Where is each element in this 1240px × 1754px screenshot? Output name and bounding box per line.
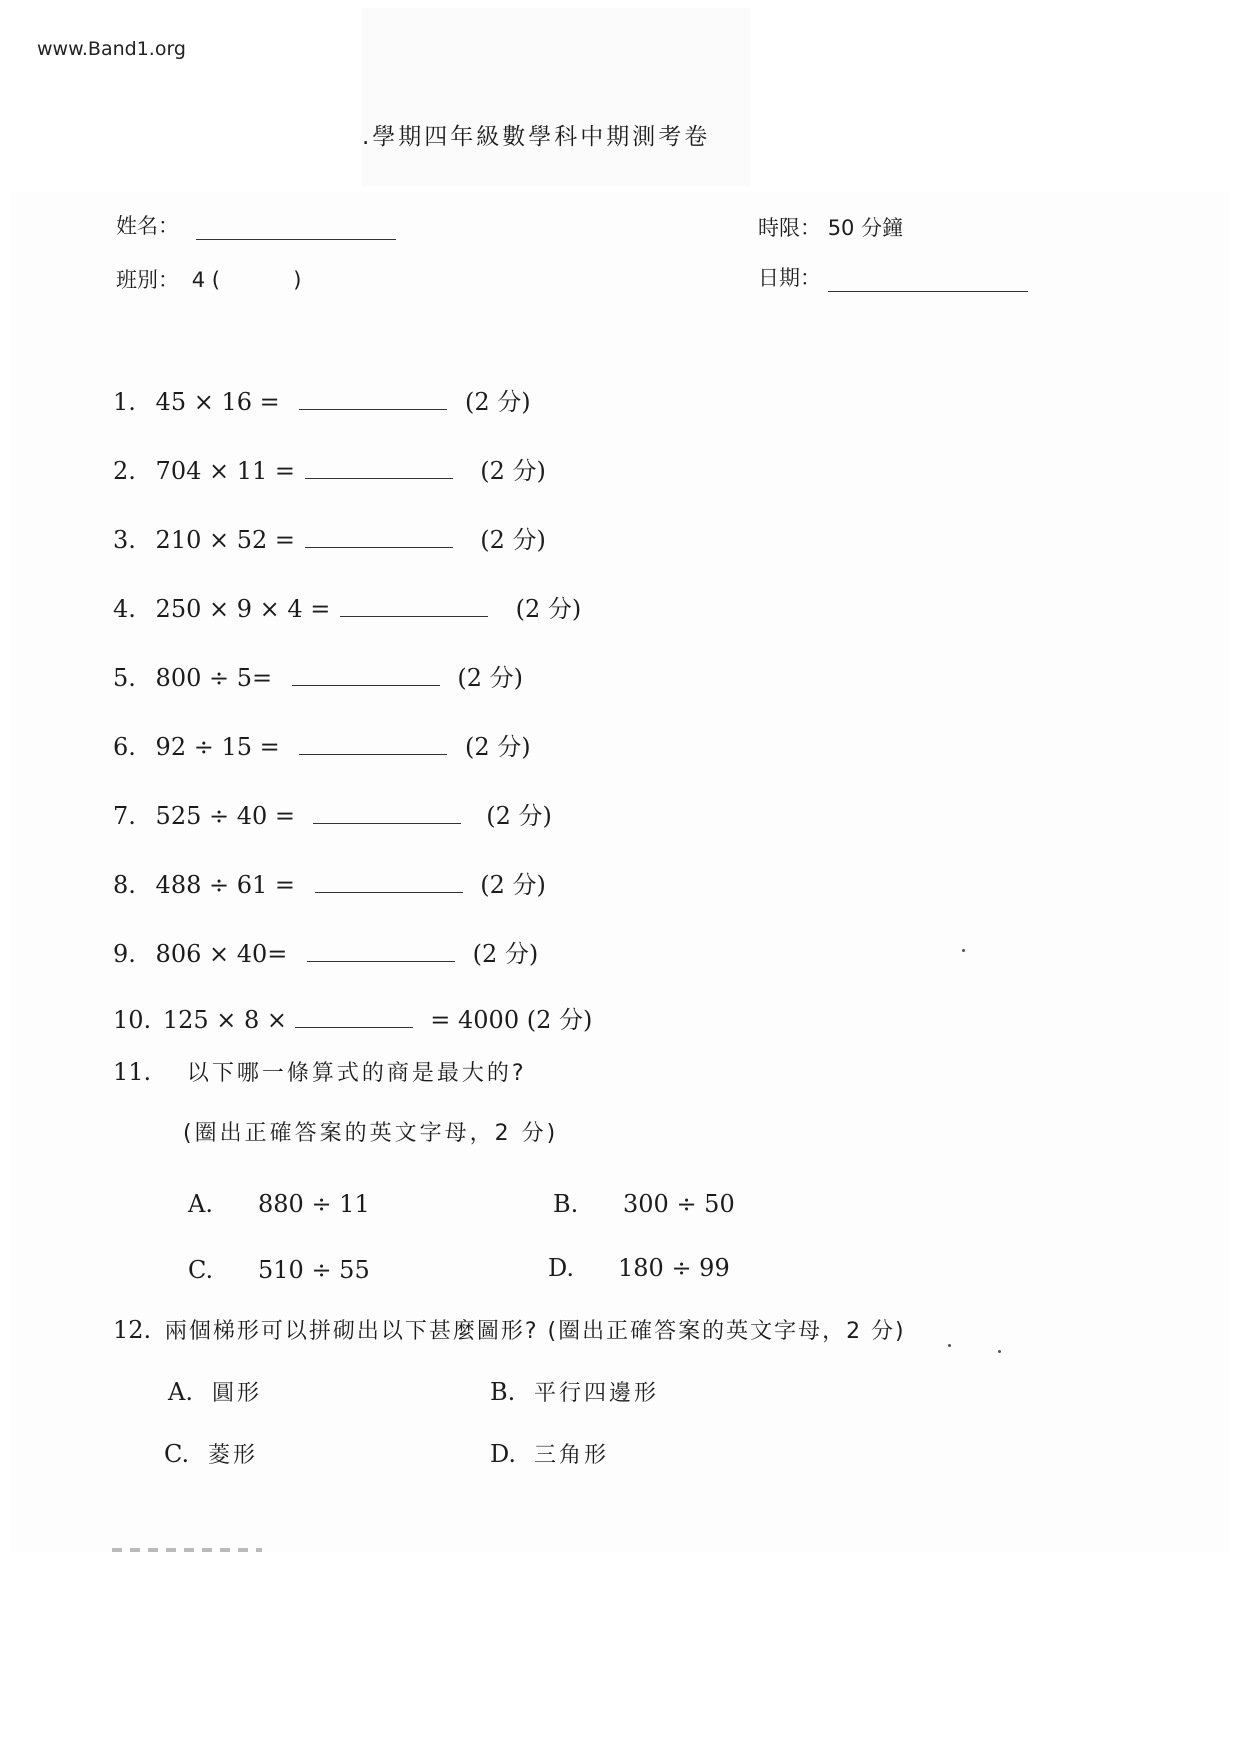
answer-blank[interactable] [292,665,440,686]
class-close-paren: ) [293,268,301,292]
answer-blank[interactable] [305,527,453,548]
date-label: 日期： [758,266,821,290]
name-label: 姓名： [116,214,179,238]
date-field: 日期： [758,262,1028,292]
time-limit-label: 時限： [758,216,821,240]
class-field: 班別： 4 ( ) [116,264,302,294]
answer-blank[interactable] [307,941,455,962]
date-blank[interactable] [828,267,1028,292]
answer-blank[interactable] [295,1007,413,1028]
site-watermark: www.Band1.org [37,38,186,60]
q12-option-b[interactable]: B.平行四邊形 [490,1376,659,1407]
question-11: 11. 以下哪一條算式的商是最大的? [113,1056,527,1087]
scan-background-top [362,8,750,186]
question-8: 8. 488 ÷ 61 = (2 分) [113,865,546,900]
time-limit-value: 50 分鐘 [828,216,903,240]
class-grade: 4 ( [192,268,220,292]
class-label: 班別： [116,268,179,292]
question-11-instruction: (圈出正確答案的英文字母，2 分) [183,1116,558,1147]
q11-option-b[interactable]: B.300 ÷ 50 [553,1190,735,1218]
question-10: 10. 125 × 8 × = 4000 (2 分) [113,1000,592,1035]
name-field: 姓名： [116,210,396,240]
question-9: 9. 806 × 40= (2 分) [113,934,538,969]
q12-option-c[interactable]: C.菱形 [164,1438,258,1469]
question-5: 5. 800 ÷ 5= (2 分) [113,658,523,693]
question-1: 1. 45 × 16 = (2 分) [113,382,531,417]
scan-speck [962,949,965,952]
answer-blank[interactable] [315,872,463,893]
answer-blank[interactable] [340,596,488,617]
q11-option-d[interactable]: D.180 ÷ 99 [548,1254,730,1282]
question-4: 4. 250 × 9 × 4 = (2 分) [113,589,581,624]
question-12: 12. 兩個梯形可以拼砌出以下甚麼圖形? (圈出正確答案的英文字母，2 分) [113,1314,906,1345]
answer-blank[interactable] [313,803,461,824]
answer-blank[interactable] [299,389,447,410]
answer-blank[interactable] [305,458,453,479]
answer-blank[interactable] [299,734,447,755]
q12-option-a[interactable]: A.圓形 [168,1376,262,1407]
question-6: 6. 92 ÷ 15 = (2 分) [113,727,531,762]
question-7: 7. 525 ÷ 40 = (2 分) [113,796,552,831]
question-2: 2. 704 × 11 = (2 分) [113,451,546,486]
scan-speck [948,1344,951,1347]
footer-illegible-text [112,1548,262,1552]
question-3: 3. 210 × 52 = (2 分) [113,520,546,555]
time-limit-field: 時限： 50 分鐘 [758,212,903,242]
exam-title: .學期四年級數學科中期測考卷 [362,118,710,151]
q12-option-d[interactable]: D.三角形 [490,1438,609,1469]
q11-option-a[interactable]: A.880 ÷ 11 [188,1190,370,1218]
scan-speck [998,1350,1001,1353]
name-blank[interactable] [196,217,396,240]
q11-option-c[interactable]: C.510 ÷ 55 [188,1256,370,1284]
